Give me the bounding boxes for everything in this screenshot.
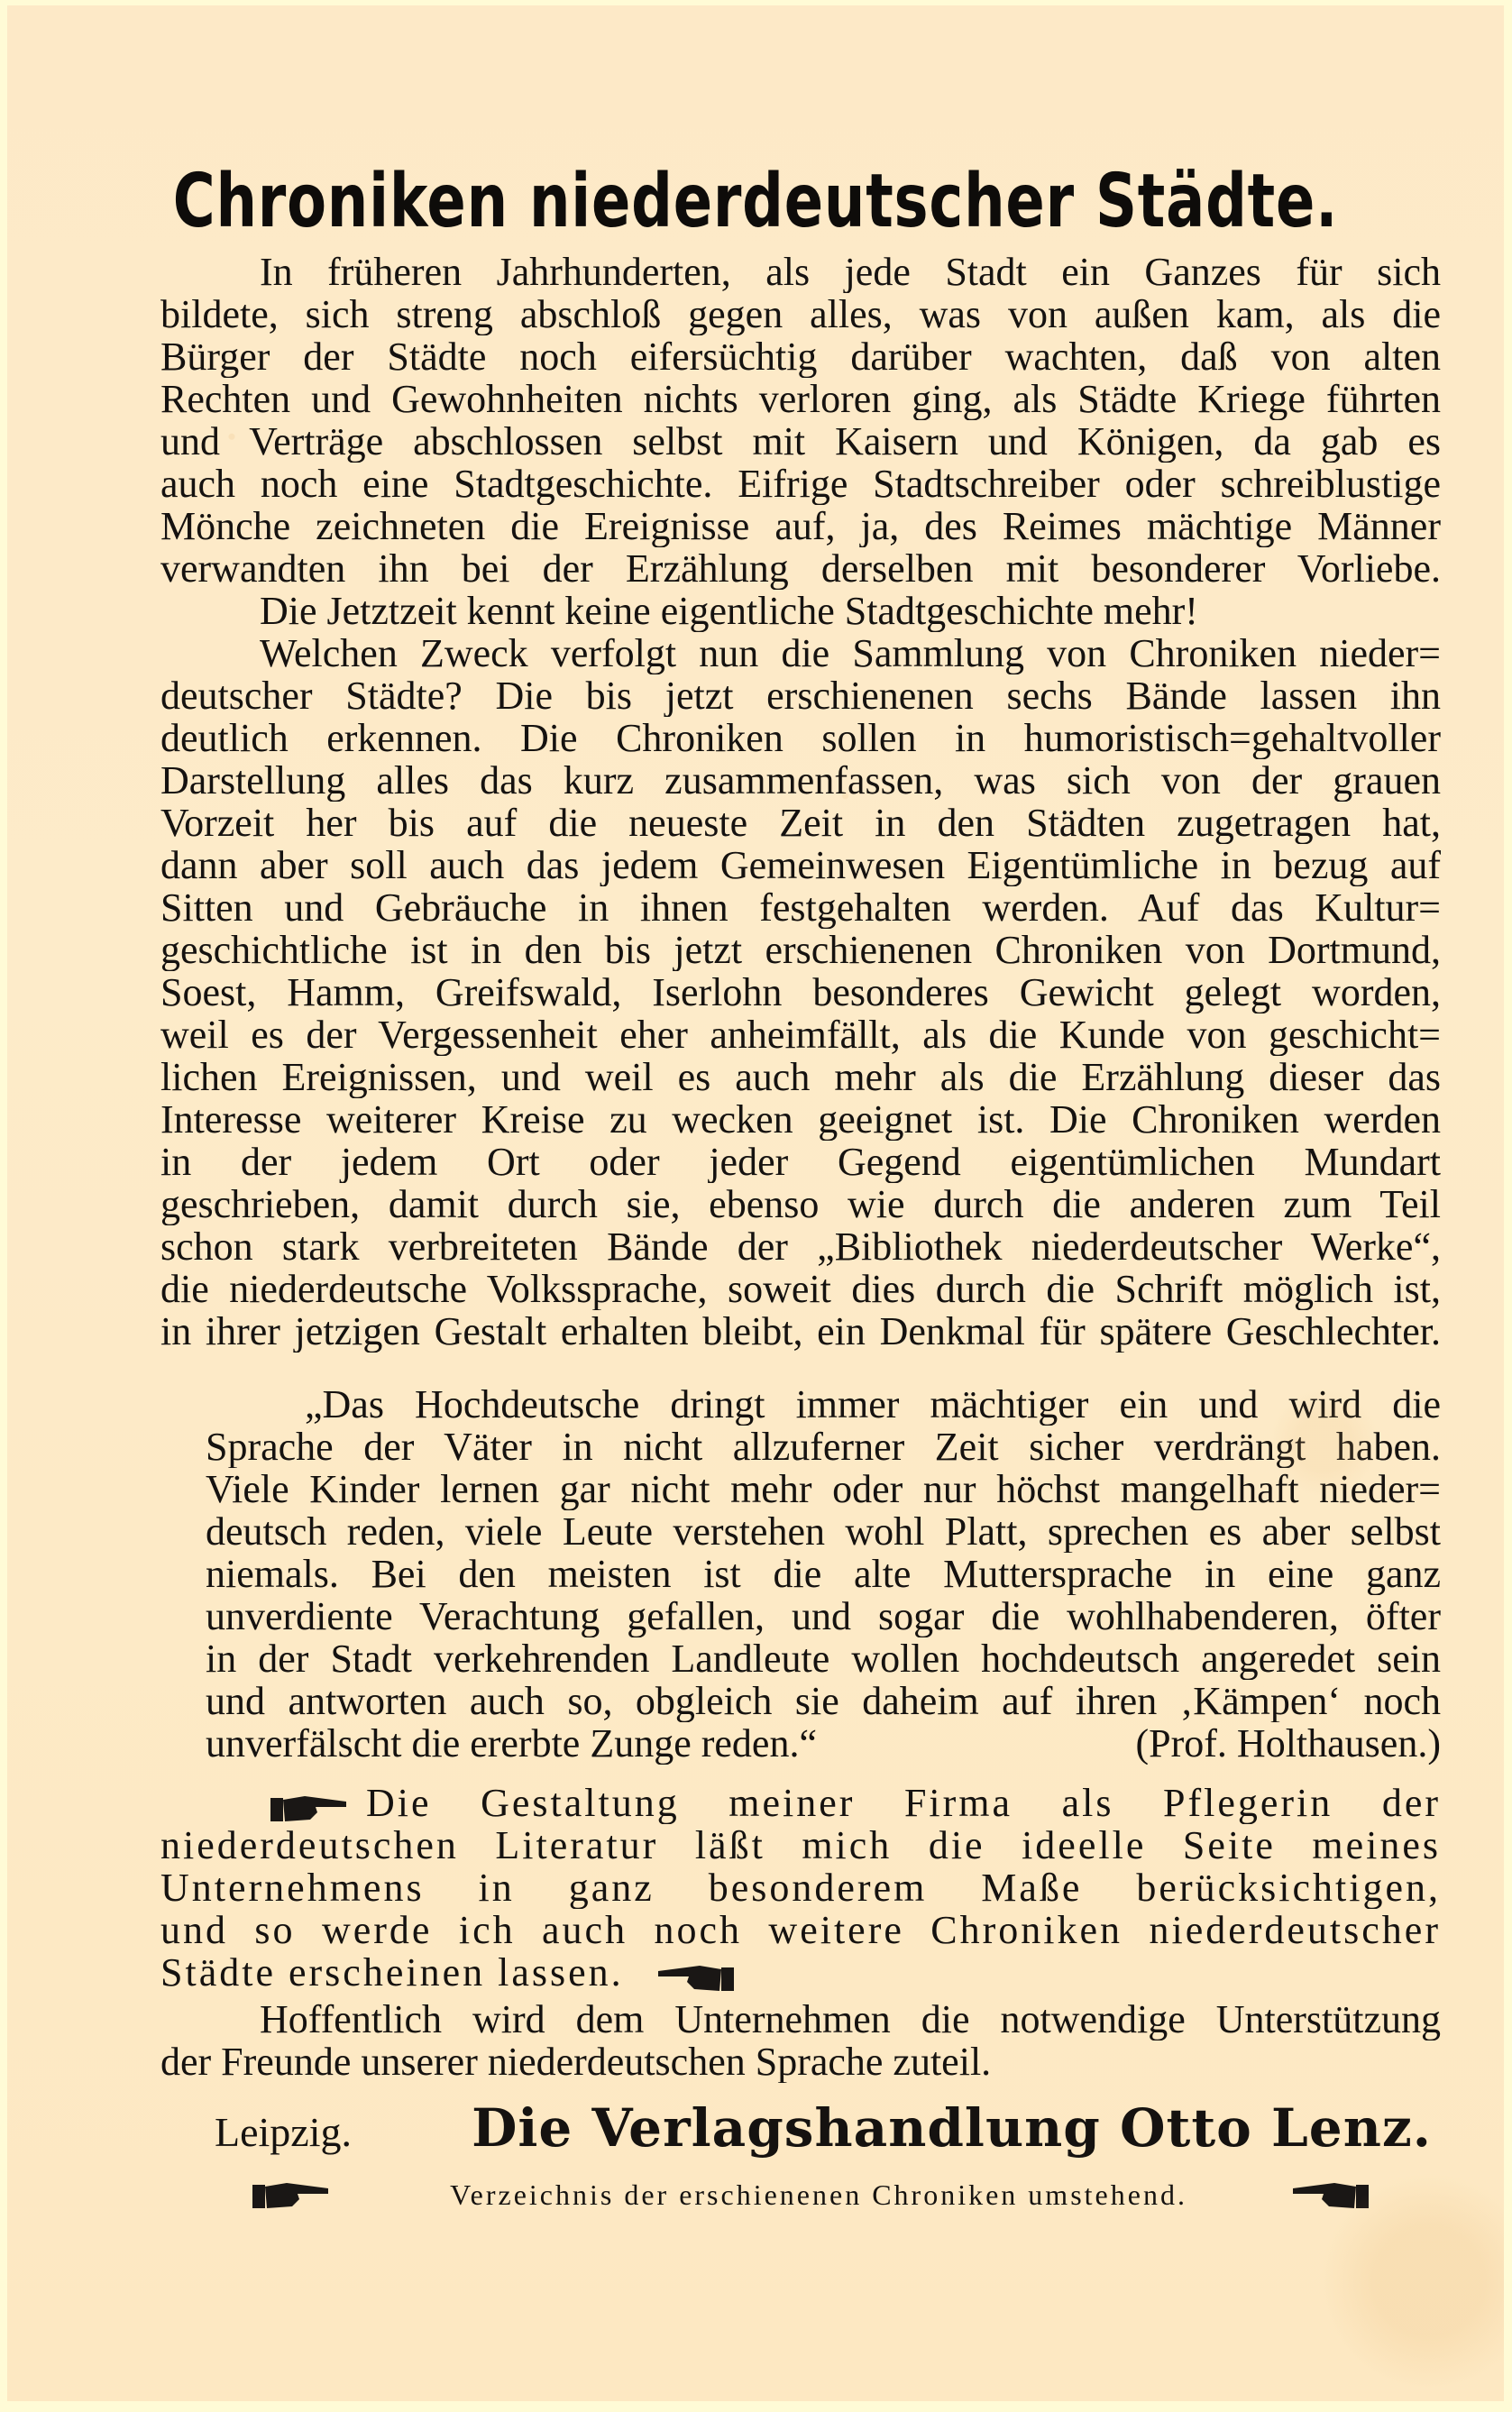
text-line: und Verträge abschlossen selbst mit Kais…	[160, 420, 1441, 463]
paragraph-5: Hoffentlich wird dem Unternehmen die not…	[160, 1998, 1441, 2083]
text-line: unverdiente Verachtung gefallen, und sog…	[206, 1595, 1441, 1637]
quote-block: „Das Hochdeutsche dringt immer mächtiger…	[206, 1383, 1441, 1765]
text-line: auch noch eine Stadtgeschichte. Eifrige …	[160, 463, 1441, 505]
text-line: Hoffentlich wird dem Unternehmen die not…	[160, 1998, 1441, 2041]
text-line: und so werde ich auch noch weitere Chron…	[160, 1909, 1441, 1951]
text-line: Städte erscheinen lassen.	[160, 1951, 1441, 1994]
text-line: Interesse weiterer Kreise zu wecken geei…	[160, 1098, 1441, 1141]
text-line: weil es der Vergessenheit eher anheimfäl…	[160, 1013, 1441, 1056]
text-line: Mönche zeichneten die Ereignisse auf, ja…	[160, 505, 1441, 547]
text-line: deutsch reden, viele Leute verstehen woh…	[206, 1510, 1441, 1553]
text-line: Die Gestaltung meiner Firma als Pflegeri…	[160, 1782, 1441, 1824]
text-line: in ihrer jetzigen Gestalt erhalten bleib…	[160, 1310, 1441, 1353]
text-line: „Das Hochdeutsche dringt immer mächtiger…	[206, 1383, 1441, 1426]
text-line: Vorzeit her bis auf die neueste Zeit in …	[160, 802, 1441, 844]
text-line: In früheren Jahrhunderten, als jede Stad…	[160, 251, 1441, 293]
document-page: Chroniken niederdeutscher Städte. In frü…	[7, 5, 1504, 2401]
text-line: die niederdeutsche Volkssprache, soweit …	[160, 1268, 1441, 1310]
text-line: deutlich erkennen. Die Chroniken sollen …	[160, 717, 1441, 759]
publisher-name: Die Verlagshandlung Otto Lenz.	[472, 2097, 1432, 2159]
quote-attribution: (Prof. Holthausen.)	[1136, 1722, 1442, 1765]
pointing-hand-icon	[655, 1960, 736, 1993]
pointing-hand-icon	[269, 1791, 350, 1823]
text-line: Viele Kinder lernen gar nicht mehr oder …	[206, 1468, 1441, 1510]
pointing-hand-icon	[251, 2179, 332, 2212]
text-line: Soest, Hamm, Greifswald, Iserlohn besond…	[160, 971, 1441, 1013]
text-line: unverfälscht die ererbte Zunge reden.“ (…	[206, 1722, 1441, 1765]
footer-note: Verzeichnis der erschienenen Chroniken u…	[251, 2178, 1387, 2212]
text-line: niederdeutschen Literatur läßt mich die …	[160, 1824, 1441, 1866]
text-line: Bürger der Städte noch eifersüchtig darü…	[160, 335, 1441, 378]
text-line: Die Jetztzeit kennt keine eigentliche St…	[160, 590, 1441, 632]
pointing-hand-icon	[1289, 2179, 1370, 2212]
text-line: Rechten und Gewohnheiten nichts verloren…	[160, 378, 1441, 420]
text-line: der Freunde unserer niederdeutschen Spra…	[160, 2041, 1441, 2083]
text-line: und antworten auch so, obgleich sie dahe…	[206, 1680, 1441, 1722]
text-line: deutscher Städte? Die bis jetzt erschien…	[160, 674, 1441, 717]
text-line: niemals. Bei den meisten ist die alte Mu…	[206, 1553, 1441, 1595]
text-line: geschrieben, damit durch sie, ebenso wie…	[160, 1183, 1441, 1225]
text-line: bildete, sich streng abschloß gegen alle…	[160, 293, 1441, 335]
text-line: schon stark verbreiteten Bände der „Bibl…	[160, 1225, 1441, 1268]
text-line: Sitten und Gebräuche in ihnen festgehalt…	[160, 886, 1441, 929]
text-line: Sprache der Väter in nicht allzuferner Z…	[206, 1426, 1441, 1468]
signature-place: Leipzig.	[215, 2108, 352, 2156]
text-line: Unternehmens in ganz besonderem Maße ber…	[160, 1866, 1441, 1909]
signature: Leipzig. Die Verlagshandlung Otto Lenz.	[215, 2097, 1432, 2159]
text-line: geschichtliche ist in den bis jetzt ersc…	[160, 929, 1441, 971]
text-line: Darstellung alles das kurz zusammenfasse…	[160, 759, 1441, 802]
text-line: Welchen Zweck verfolgt nun die Sammlung …	[160, 632, 1441, 674]
footer-text: Verzeichnis der erschienenen Chroniken u…	[450, 2178, 1187, 2212]
text-line: in der jedem Ort oder jeder Gegend eigen…	[160, 1141, 1441, 1183]
paragraph-4: Die Gestaltung meiner Firma als Pflegeri…	[160, 1782, 1441, 1994]
text-line: in der Stadt verkehrenden Landleute woll…	[206, 1637, 1441, 1680]
paragraph-1: In früheren Jahrhunderten, als jede Stad…	[160, 251, 1441, 1353]
text-line: lichen Ereignissen, und weil es auch meh…	[160, 1056, 1441, 1098]
text-line: verwandten ihn bei der Erzählung derselb…	[160, 547, 1441, 590]
quote-last-line: unverfälscht die ererbte Zunge reden.“	[206, 1722, 817, 1765]
page-title: Chroniken niederdeutscher Städte.	[172, 159, 1340, 244]
text-line: dann aber soll auch das jedem Gemeinwese…	[160, 844, 1441, 886]
